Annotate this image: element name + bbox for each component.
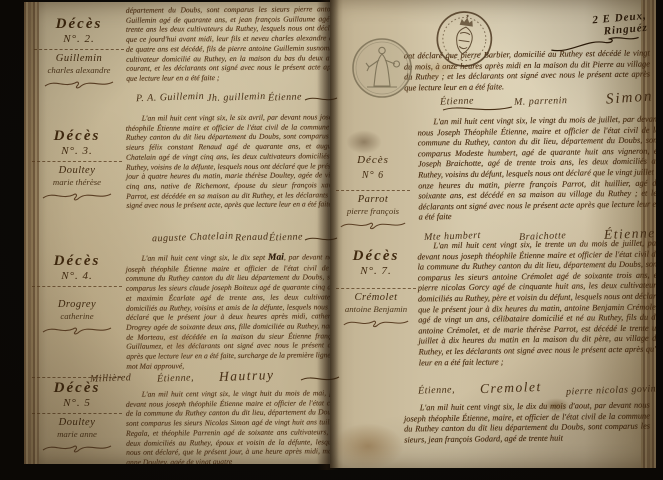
signature: pierre nicolas govin [566, 383, 656, 397]
entry-heading: Décès [330, 248, 422, 265]
book-gutter-shadow [317, 0, 339, 470]
entry-number: N° 6 [330, 169, 416, 182]
death-entry-label-3: Décès N°. 3. Doultey marie thérèse [26, 128, 128, 207]
right-page: 2 E Deux, Ringuéz Décès N° 6 Parrot pier… [330, 0, 656, 468]
record-paragraph: L'an mil huit cent vingt six, le six avr… [126, 112, 341, 211]
record-text: , par devant nous joseph théophile Étien… [126, 252, 341, 370]
record-paragraph: L'an mil huit cent vingt six, le vingt d… [417, 115, 656, 224]
overwritten-word: Mai [268, 253, 284, 263]
signature-row: P. A. Guillemin Jh. guillemin Étienne [136, 92, 338, 103]
signature: P. A. Guillemin [136, 91, 205, 104]
deceased-firstnames: marie thérèse [26, 177, 128, 187]
signature: Braichotte [519, 230, 567, 243]
signature: Millièred [90, 372, 132, 384]
death-entry-label-6: Décès N° 6 Parrot pierre françois [330, 152, 416, 236]
signature-row: Millièred Étienne, Hautruy [90, 368, 340, 384]
dashed-separator [34, 49, 124, 50]
flourish-icon [42, 77, 116, 90]
deceased-name: Guillemin [28, 53, 130, 65]
signature: M. parrenin [513, 95, 567, 108]
register-photo: Décès N°. 2. Guillemin charles alexandre… [0, 0, 663, 480]
record-paragraph: L'an mil huit cent vingt six, le vingt h… [126, 388, 341, 464]
entry-heading: Décès [28, 16, 130, 33]
deceased-name: Crémolet [330, 292, 422, 304]
entry-number: N°. 2. [28, 33, 130, 46]
entry-number: N°. 7. [330, 265, 422, 278]
signature: Étienne, [157, 372, 194, 384]
dashed-separator [32, 286, 122, 287]
signature: Renaud [234, 231, 268, 243]
dashed-separator [32, 413, 122, 414]
deceased-name: Doultey [26, 417, 128, 429]
flourish-icon [40, 189, 114, 202]
entry-heading: Décès [26, 253, 128, 270]
deceased-name: Drogrey [26, 299, 128, 311]
signature-row: auguste Chatelain Renaud Étienne [152, 232, 338, 243]
record-text: L'an mil huit cent vingt six, le dix sep… [142, 253, 268, 263]
deceased-firstnames: antoine Benjamin [330, 304, 422, 314]
deceased-firstnames: marie anne [26, 429, 128, 439]
paper-stain [332, 423, 404, 468]
signature: Hautruy [219, 367, 275, 385]
signature-row: Mte humbert Braichotte Étienne [424, 226, 656, 242]
signature: Simon [606, 88, 655, 108]
flourish-icon [338, 218, 408, 231]
embossed-seal-icon [350, 36, 414, 105]
record-paragraph: département du Doubs, sont comparus les … [126, 4, 341, 83]
dashed-separator [32, 161, 122, 162]
signature: Étienne, [418, 384, 455, 396]
death-entry-label-7: Décès N°. 7. Crémolet antoine Benjamin [330, 248, 422, 334]
death-entry-label-4: Décès N°. 4. Drogrey catherine [26, 253, 128, 341]
signature: auguste Chatelain [152, 231, 234, 245]
entry-heading: Décès [26, 128, 128, 145]
signature: Jh. guillemin [206, 91, 265, 104]
deceased-firstnames: charles alexandre [28, 65, 130, 75]
dashed-separator [336, 190, 410, 191]
record-paragraph: L'an mil huit cent vingt six, le dix du … [404, 400, 650, 445]
entry-number: N°. 3. [26, 145, 128, 158]
left-page: Décès N°. 2. Guillemin charles alexandre… [24, 2, 346, 464]
signature: Étienne [604, 225, 656, 243]
entry-heading: Décès [330, 152, 416, 169]
record-paragraph: L'an mil huit cent vingt six, le dix sep… [126, 252, 341, 371]
deceased-firstnames: catherine [26, 311, 128, 321]
record-paragraph: L'an mil huit cent vingt six, le trente … [417, 239, 656, 369]
ink-smudge [346, 130, 382, 154]
deceased-name: Parrot [330, 194, 416, 206]
deceased-firstnames: pierre françois [330, 206, 416, 216]
flourish-icon [40, 323, 114, 336]
dashed-separator [336, 288, 416, 289]
deceased-name: Doultey [26, 165, 128, 177]
flourish-icon [341, 316, 411, 329]
signature: Cremolet [479, 379, 541, 397]
death-entry-label-2: Décès N°. 2. Guillemin charles alexandre [28, 16, 130, 95]
signature: Mte humbert [424, 230, 481, 243]
ink-stamp-icon [429, 4, 500, 79]
swash-icon [442, 104, 514, 114]
entry-number: N°. 5 [26, 397, 128, 410]
entry-number: N°. 4. [26, 270, 128, 283]
signature: Étienne [267, 91, 301, 103]
death-entry-label-5: Décès N°. 5 Doultey marie anne [26, 374, 128, 459]
flourish-icon [40, 441, 114, 454]
corner-note: 2 E Deux, Ringuéz [547, 10, 650, 55]
signature-row: Étienne, Cremolet pierre nicolas govin [418, 380, 656, 396]
signature: Étienne [269, 231, 303, 243]
